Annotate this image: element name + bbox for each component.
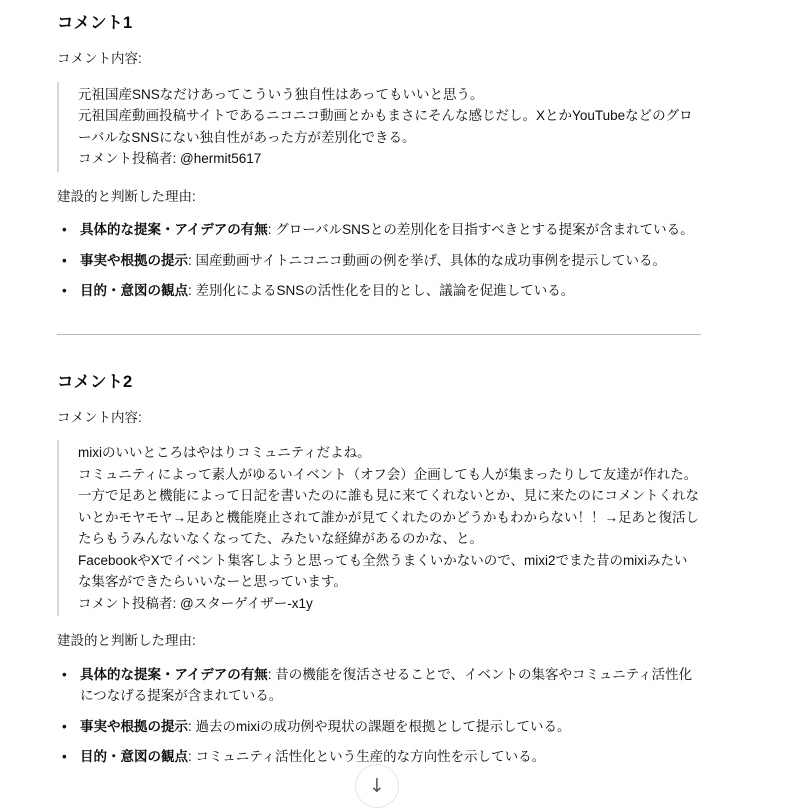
comment1-reasons-label: 建設的と判断した理由: bbox=[57, 186, 701, 208]
bullet-icon: • bbox=[62, 219, 67, 241]
reason-text: : 国産動画サイトニコニコ動画の例を挙げ、具体的な成功事例を提示している。 bbox=[188, 253, 666, 268]
section-divider bbox=[57, 334, 701, 335]
quote-line: 元祖国産SNSなだけあってこういう独自性はあってもいいと思う。 bbox=[78, 84, 701, 106]
reason-item: • 目的・意図の観点: 差別化によるSNSの活性化を目的とし、議論を促進している… bbox=[57, 280, 701, 302]
reason-label: 具体的な提案・アイデアの有無 bbox=[80, 222, 268, 237]
reason-item: • 事実や根拠の提示: 過去のmixiの成功例や現状の課題を根拠として提示してい… bbox=[57, 716, 701, 738]
comment1-quote: 元祖国産SNSなだけあってこういう独自性はあってもいいと思う。 元祖国産動画投稿… bbox=[57, 82, 701, 172]
assistant-message-content: コメント1 コメント内容: 元祖国産SNSなだけあってこういう独自性はあってもい… bbox=[57, 0, 701, 768]
reason-item: • 具体的な提案・アイデアの有無: 昔の機能を復活させることで、イベントの集客や… bbox=[57, 664, 701, 707]
comment2-reasons-list: • 具体的な提案・アイデアの有無: 昔の機能を復活させることで、イベントの集客や… bbox=[57, 664, 701, 768]
reason-item: • 具体的な提案・アイデアの有無: グローバルSNSとの差別化を目指すべきとする… bbox=[57, 219, 701, 241]
comment2-quote: mixiのいいところはやはりコミュニティだよね。 コミュニティによって素人がゆる… bbox=[57, 440, 701, 616]
bullet-icon: • bbox=[62, 250, 67, 272]
reason-text: : コミュニティ活性化という生産的な方向性を示している。 bbox=[188, 749, 545, 764]
reason-label: 具体的な提案・アイデアの有無 bbox=[80, 667, 268, 682]
quote-line: 元祖国産動画投稿サイトであるニコニコ動画とかもまさにそんな感じだし。XとかYou… bbox=[78, 105, 701, 148]
reason-label: 目的・意図の観点 bbox=[80, 283, 188, 298]
quote-author-line: コメント投稿者: @スターゲイザー-x1y bbox=[78, 593, 701, 615]
comment1-heading: コメント1 bbox=[57, 12, 701, 34]
reason-text: : 差別化によるSNSの活性化を目的とし、議論を促進している。 bbox=[188, 283, 574, 298]
comment-section-1: コメント1 コメント内容: 元祖国産SNSなだけあってこういう独自性はあってもい… bbox=[57, 12, 701, 302]
reason-item: • 事実や根拠の提示: 国産動画サイトニコニコ動画の例を挙げ、具体的な成功事例を… bbox=[57, 250, 701, 272]
comment2-heading: コメント2 bbox=[57, 371, 701, 393]
reason-text: : 過去のmixiの成功例や現状の課題を根拠として提示している。 bbox=[188, 719, 571, 734]
comment1-reasons-list: • 具体的な提案・アイデアの有無: グローバルSNSとの差別化を目指すべきとする… bbox=[57, 219, 701, 302]
bullet-icon: • bbox=[62, 716, 67, 738]
reason-label: 目的・意図の観点 bbox=[80, 749, 188, 764]
bullet-icon: • bbox=[62, 664, 67, 686]
quote-line: FacebookやXでイベント集客しようと思っても全然うまくいかないので、mix… bbox=[78, 550, 701, 593]
comment1-content-label: コメント内容: bbox=[57, 48, 701, 70]
comment2-reasons-label: 建設的と判断した理由: bbox=[57, 630, 701, 652]
reason-text: : グローバルSNSとの差別化を目指すべきとする提案が含まれている。 bbox=[268, 222, 694, 237]
quote-author-line: コメント投稿者: @hermit5617 bbox=[78, 148, 701, 170]
reason-label: 事実や根拠の提示 bbox=[80, 253, 188, 268]
bullet-icon: • bbox=[62, 280, 67, 302]
bullet-icon: • bbox=[62, 746, 67, 768]
quote-line: コミュニティによって素人がゆるいイベント（オフ会）企画しても人が集まったりして友… bbox=[78, 464, 701, 486]
quote-line: 一方で足あと機能によって日記を書いたのに誰も見に来てくれないとか、見に来たのにコ… bbox=[78, 485, 701, 550]
comment2-content-label: コメント内容: bbox=[57, 407, 701, 429]
reason-label: 事実や根拠の提示 bbox=[80, 719, 188, 734]
arrow-down-icon: ↓ bbox=[369, 777, 385, 796]
quote-line: mixiのいいところはやはりコミュニティだよね。 bbox=[78, 442, 701, 464]
comment-section-2: コメント2 コメント内容: mixiのいいところはやはりコミュニティだよね。 コ… bbox=[57, 371, 701, 768]
scroll-to-bottom-button[interactable]: ↓ bbox=[355, 764, 399, 808]
